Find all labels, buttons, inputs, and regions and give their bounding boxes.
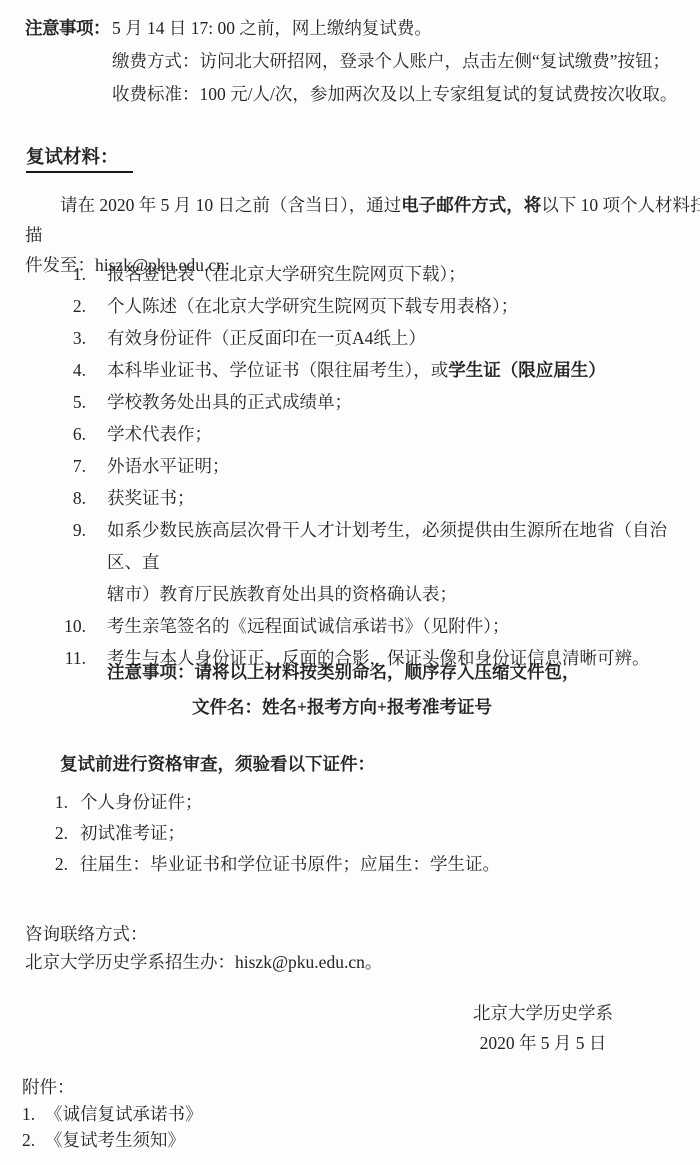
- packing-notice-line2: 文件名：姓名+报考方向+报考准考证号: [192, 690, 700, 725]
- signature-org: 北京大学历史学系: [473, 998, 613, 1028]
- top-notice-lines: 5 月 14 日 17: 00 之前，网上缴纳复试费。 缴费方式：访问北大研招网…: [112, 12, 700, 111]
- top-notice-block: 注意事项： 5 月 14 日 17: 00 之前，网上缴纳复试费。 缴费方式：访…: [25, 12, 700, 111]
- attachment-item: 2. 《复试考生须知》: [22, 1127, 203, 1154]
- contact-line1: 咨询联络方式：: [25, 920, 382, 948]
- top-notice-line: 5 月 14 日 17: 00 之前，网上缴纳复试费。: [112, 12, 700, 45]
- item-number: 1.: [22, 1101, 45, 1128]
- item-text-line2: 辖市）教育厅民族教育处出具的资格确认表；: [107, 584, 457, 604]
- item-text: 学校教务处出具的正式成绩单；: [107, 386, 700, 418]
- item-number: 9.: [41, 514, 86, 610]
- top-notice-line: 缴费方式：访问北大研招网，登录个人账户，点击左侧“复试缴费”按钮；: [112, 45, 700, 78]
- item-text: 初试准考证；: [80, 818, 680, 849]
- intro-pre: 请在 2020 年 5 月 10 日之前（含当日），通过: [25, 195, 401, 215]
- item-number: 6.: [41, 418, 86, 450]
- contact-line2: 北京大学历史学系招生办：hiszk@pku.edu.cn。: [25, 948, 382, 976]
- item-text: 报名登记表（在北京大学研究生院网页下载）；: [107, 258, 700, 290]
- item-number: 4.: [41, 354, 86, 386]
- item-number: 2.: [40, 818, 68, 849]
- item-number: 1.: [41, 258, 86, 290]
- item-text: 有效身份证件（正反面印在一页A4纸上）: [107, 322, 700, 354]
- item-number: 8.: [41, 482, 86, 514]
- item-text: 学术代表作；: [107, 418, 700, 450]
- material-item: 8. 获奖证书；: [41, 482, 700, 514]
- item-number: 10.: [41, 610, 86, 642]
- item-text: 本科毕业证书、学位证书（限往届考生），或学生证（限应届生）: [107, 354, 700, 386]
- material-item: 3. 有效身份证件（正反面印在一页A4纸上）: [41, 322, 700, 354]
- material-item: 7. 外语水平证明；: [41, 450, 700, 482]
- qualification-list: 1. 个人身份证件； 2. 初试准考证； 2. 往届生：毕业证书和学位证书原件；…: [40, 787, 680, 880]
- item-text: 《诚信复试承诺书》: [45, 1101, 203, 1128]
- top-notice-line: 收费标准：100 元/人/次，参加两次及以上专家组复试的复试费按次收取。: [112, 78, 700, 111]
- attachments-heading: 附件：: [22, 1074, 203, 1101]
- item-number: 2.: [22, 1127, 45, 1154]
- item-text: 个人身份证件；: [80, 787, 680, 818]
- qualification-item: 2. 初试准考证；: [40, 818, 680, 849]
- packing-notice: 注意事项：请将以上材料按类别命名，顺序存入压缩文件包， 文件名：姓名+报考方向+…: [0, 655, 700, 725]
- item-number: 7.: [41, 450, 86, 482]
- qualification-heading: 复试前进行资格审查，须验看以下证件：: [60, 750, 375, 778]
- document-page: 注意事项： 5 月 14 日 17: 00 之前，网上缴纳复试费。 缴费方式：访…: [0, 0, 700, 1165]
- material-item: 6. 学术代表作；: [41, 418, 700, 450]
- item-text-bold: 学生证（限应届生）: [448, 360, 606, 380]
- attachment-item: 1. 《诚信复试承诺书》: [22, 1101, 203, 1128]
- packing-notice-line1: 注意事项：请将以上材料按类别命名，顺序存入压缩文件包，: [107, 655, 700, 690]
- intro-bold: 电子邮件方式，将: [401, 195, 541, 215]
- material-item: 2. 个人陈述（在北京大学研究生院网页下载专用表格）；: [41, 290, 700, 322]
- attachments-block: 附件： 1. 《诚信复试承诺书》 2. 《复试考生须知》: [22, 1074, 203, 1154]
- item-number: 2.: [40, 849, 68, 880]
- material-item: 5. 学校教务处出具的正式成绩单；: [41, 386, 700, 418]
- material-item: 4. 本科毕业证书、学位证书（限往届考生），或学生证（限应届生）: [41, 354, 700, 386]
- qualification-item: 1. 个人身份证件；: [40, 787, 680, 818]
- item-number: 1.: [40, 787, 68, 818]
- top-notice-label: 注意事项：: [25, 12, 112, 111]
- item-text: 如系少数民族高层次骨干人才计划考生，必须提供由生源所在地省（自治区、直辖市）教育…: [107, 514, 700, 610]
- signature-block: 北京大学历史学系 2020 年 5 月 5 日: [473, 998, 613, 1058]
- signature-date: 2020 年 5 月 5 日: [473, 1028, 613, 1058]
- section-heading-materials: 复试材料：: [26, 143, 133, 173]
- material-item: 10. 考生亲笔签名的《远程面试诚信承诺书》（见附件）；: [41, 610, 700, 642]
- contact-block: 咨询联络方式： 北京大学历史学系招生办：hiszk@pku.edu.cn。: [25, 920, 382, 976]
- qualification-item: 2. 往届生：毕业证书和学位证书原件；应届生：学生证。: [40, 849, 680, 880]
- item-number: 3.: [41, 322, 86, 354]
- item-text: 个人陈述（在北京大学研究生院网页下载专用表格）；: [107, 290, 700, 322]
- material-item: 1. 报名登记表（在北京大学研究生院网页下载）；: [41, 258, 700, 290]
- item-text: 考生亲笔签名的《远程面试诚信承诺书》（见附件）；: [107, 610, 700, 642]
- item-text: 获奖证书；: [107, 482, 700, 514]
- materials-list: 1. 报名登记表（在北京大学研究生院网页下载）； 2. 个人陈述（在北京大学研究…: [41, 258, 700, 674]
- item-text: 往届生：毕业证书和学位证书原件；应届生：学生证。: [80, 849, 680, 880]
- item-text: 《复试考生须知》: [45, 1127, 203, 1154]
- item-text: 外语水平证明；: [107, 450, 700, 482]
- material-item: 9. 如系少数民族高层次骨干人才计划考生，必须提供由生源所在地省（自治区、直辖市…: [41, 514, 700, 610]
- item-number: 5.: [41, 386, 86, 418]
- item-number: 2.: [41, 290, 86, 322]
